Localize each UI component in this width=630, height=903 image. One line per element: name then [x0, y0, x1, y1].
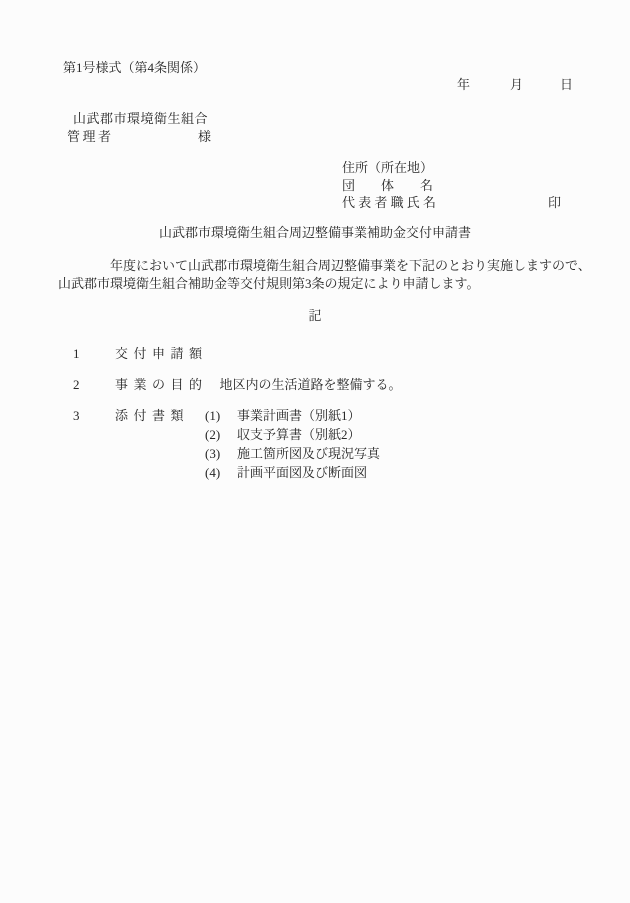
item-label: 添付書類: [115, 408, 189, 423]
item-value: 地区内の生活道路を整備する。: [220, 377, 402, 392]
attachment-number: (3): [205, 446, 237, 461]
record-heading: 記: [0, 308, 630, 323]
addressee-organization: 山武郡市環境衛生組合: [73, 111, 208, 126]
item-attached-documents: 3添付書類: [73, 408, 189, 423]
body-paragraph-line1: 年度において山武郡市環境衛生組合周辺整備事業を下記のとおり実施しますので、: [58, 258, 591, 273]
item-project-purpose: 2事業の目的地区内の生活道路を整備する。: [73, 377, 402, 392]
applicant-address-label: 住所（所在地）: [342, 160, 433, 175]
date-month-label: 月: [510, 77, 523, 92]
addressee-title: 管理者: [67, 129, 198, 144]
document-title: 山武郡市環境衛生組合周辺整備事業補助金交付申請書: [0, 225, 630, 240]
applicant-representative-label: 代表者職氏名: [342, 195, 439, 210]
addressee-line: 管理者様: [67, 129, 211, 144]
attachment-number: (4): [205, 465, 237, 480]
attachment-row: (3)施工箇所図及び現況写真: [205, 446, 380, 461]
item-number: 2: [73, 377, 115, 392]
date-day-label: 日: [560, 77, 573, 92]
attachment-row: (1)事業計画書（別紙1）: [205, 408, 361, 423]
attachment-row: (2)収支予算書（別紙2）: [205, 427, 361, 442]
applicant-group-name-label: 団 体 名: [342, 178, 433, 193]
attachment-number: (1): [205, 408, 237, 423]
item-number: 1: [73, 346, 115, 361]
seal-mark: 印: [548, 195, 561, 210]
attachment-text: 事業計画書（別紙1）: [237, 408, 361, 423]
attachment-row: (4)計画平面図及び断面図: [205, 465, 367, 480]
attachment-number: (2): [205, 427, 237, 442]
item-label: 交付申請額: [115, 346, 208, 361]
attachment-text: 収支予算書（別紙2）: [237, 427, 361, 442]
attachment-text: 計画平面図及び断面図: [237, 465, 367, 480]
attachment-text: 施工箇所図及び現況写真: [237, 446, 380, 461]
date-year-label: 年: [457, 77, 470, 92]
addressee-honorific: 様: [198, 129, 211, 144]
body-paragraph-line2: 山武郡市環境衛生組合補助金等交付規則第3条の規定により申請します。: [58, 276, 479, 291]
application-form-page: 第1号様式（第4条関係） 年 月 日 山武郡市環境衛生組合 管理者様 住所（所在…: [0, 0, 630, 903]
item-grant-amount: 1交付申請額: [73, 346, 208, 361]
item-number: 3: [73, 408, 115, 423]
item-label: 事業の目的: [115, 377, 208, 392]
form-number: 第1号様式（第4条関係）: [63, 60, 206, 75]
